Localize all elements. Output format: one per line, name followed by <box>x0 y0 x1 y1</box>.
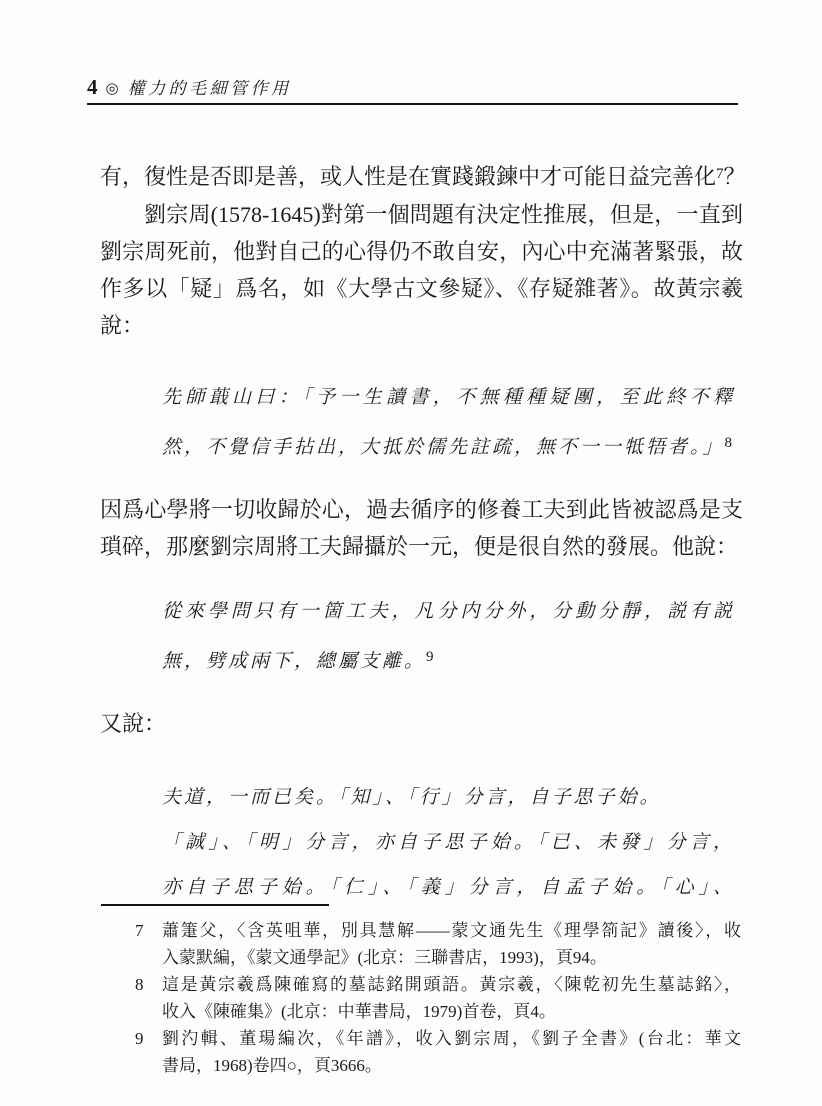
footnote-7: 7 蕭箑父，〈含英咀華，別具慧解——蒙文通先生《理學箚記》讀後〉，收 入蒙默編，… <box>135 917 741 971</box>
paragraph-yousho: 又說： <box>100 705 743 742</box>
text-line: 作多以「疑」爲名，如《大學古文參疑》、《存疑雜著》。故黃宗羲 <box>100 270 743 307</box>
text-line: 劉宗周(1578-1645)對第一個問題有決定性推展，但是，一直到 <box>100 196 743 233</box>
text-line: 劉宗周死前，他對自己的心得仍不敢自安，內心中充滿著緊張，故著 <box>100 233 743 270</box>
quote-line: 夫道，一而已矣。「知」、「行」分言，自子思子始。 <box>162 775 735 820</box>
quote-line: 從來學問只有一箇工夫，凡分内分外，分動分靜，説有説 <box>162 587 735 637</box>
quote-line: 無，劈成兩下，總屬支離。9 <box>162 637 735 687</box>
text-line: 瑣碎，那麼劉宗周將工夫歸攝於一元，便是很自然的發展。他說： <box>100 528 743 565</box>
book-page: 4 ◎ 權力的毛細管作用 有，復性是否即是善，或人性是在實踐鍛鍊中才可能日益完善… <box>0 0 822 1106</box>
quote-line: 然，不覺信手拈出，大抵於儒先註疏，無不一一牴牾者。」8 <box>162 423 735 473</box>
footnote-ref-7: 7 <box>716 166 724 182</box>
quote-line: 先師蕺山曰：「予一生讀書，不無種種疑團，至此終不釋 <box>162 373 735 423</box>
blockquote-jishan: 先師蕺山曰：「予一生讀書，不無種種疑團，至此終不釋 然，不覺信手拈出，大抵於儒先… <box>162 373 735 473</box>
footnote-8: 8 這是黃宗羲爲陳確寫的墓誌銘開頭語。黃宗羲，〈陳乾初先生墓誌銘〉， 收入《陳確… <box>135 971 741 1025</box>
footnote-text-line: 收入《陳確集》(北京：中華書局，1979)首卷，頁4。 <box>162 998 741 1025</box>
double-circle-icon: ◎ <box>106 79 119 98</box>
footnote-9: 9 劉汋輯、董瑒編次，《年譜》，收入劉宗周，《劉子全書》(台北：華文 書局，19… <box>135 1025 741 1079</box>
paragraph-xinxue: 因爲心學將一切收歸於心，過去循序的修養工夫到此皆被認爲是支離 瑣碎，那麼劉宗周將… <box>100 491 743 565</box>
footnote-ref-8: 8 <box>725 435 733 451</box>
paragraph-continuation: 有，復性是否即是善，或人性是在實踐鍛鍊中才可能日益完善化7？ <box>100 158 743 195</box>
text-line: 因爲心學將一切收歸於心，過去循序的修養工夫到此皆被認爲是支離 <box>100 491 743 528</box>
text-run: 無，劈成兩下，總屬支離。 <box>162 651 426 672</box>
footnote-text-line: 蕭箑父，〈含英咀華，別具慧解——蒙文通先生《理學箚記》讀後〉，收 <box>162 917 741 944</box>
blockquote-gongfu: 從來學問只有一箇工夫，凡分内分外，分動分靜，説有説 無，劈成兩下，總屬支離。9 <box>162 587 735 687</box>
text-run: ？ <box>724 164 746 189</box>
page-number: 4 <box>87 75 98 100</box>
text-run: 然，不覺信手拈出，大抵於儒先註疏，無不一一牴牾者。」 <box>162 437 725 458</box>
paragraph-liuzongzhou: 劉宗周(1578-1645)對第一個問題有決定性推展，但是，一直到 劉宗周死前，… <box>100 196 743 344</box>
header-rule <box>87 103 738 105</box>
text-line: 說： <box>100 307 743 344</box>
footnote-number: 9 <box>135 1025 162 1052</box>
footnote-separator-rule <box>101 904 329 906</box>
footnote-text-line: 入蒙默編，《蒙文通學記》(北京：三聯書店，1993)，頁94。 <box>162 944 741 971</box>
quote-line: 「誠」、「明」分言，亦自子思子始。「已、未發」分言， <box>162 820 735 865</box>
footnote-ref-9: 9 <box>426 649 434 665</box>
text-line: 又說： <box>100 705 743 742</box>
running-header: 4 ◎ 權力的毛細管作用 <box>87 74 292 100</box>
footnote-number: 7 <box>135 917 162 944</box>
text-line: 有，復性是否即是善，或人性是在實踐鍛鍊中才可能日益完善化7？ <box>100 158 743 195</box>
footnotes-section: 7 蕭箑父，〈含英咀華，別具慧解——蒙文通先生《理學箚記》讀後〉，收 入蒙默編，… <box>135 917 741 1079</box>
text-run: 有，復性是否即是善，或人性是在實踐鍛鍊中才可能日益完善化 <box>100 164 716 189</box>
footnote-text-line: 書局，1968)卷四○，頁3666。 <box>162 1052 741 1079</box>
footnote-number: 8 <box>135 971 162 998</box>
book-title: 權力的毛細管作用 <box>128 74 292 99</box>
footnote-text-line: 劉汋輯、董瑒編次，《年譜》，收入劉宗周，《劉子全書》(台北：華文 <box>162 1025 741 1052</box>
blockquote-fudao: 夫道，一而已矣。「知」、「行」分言，自子思子始。 「誠」、「明」分言，亦自子思子… <box>162 775 735 910</box>
footnote-text-line: 這是黃宗羲爲陳確寫的墓誌銘開頭語。黃宗羲，〈陳乾初先生墓誌銘〉， <box>162 971 741 998</box>
